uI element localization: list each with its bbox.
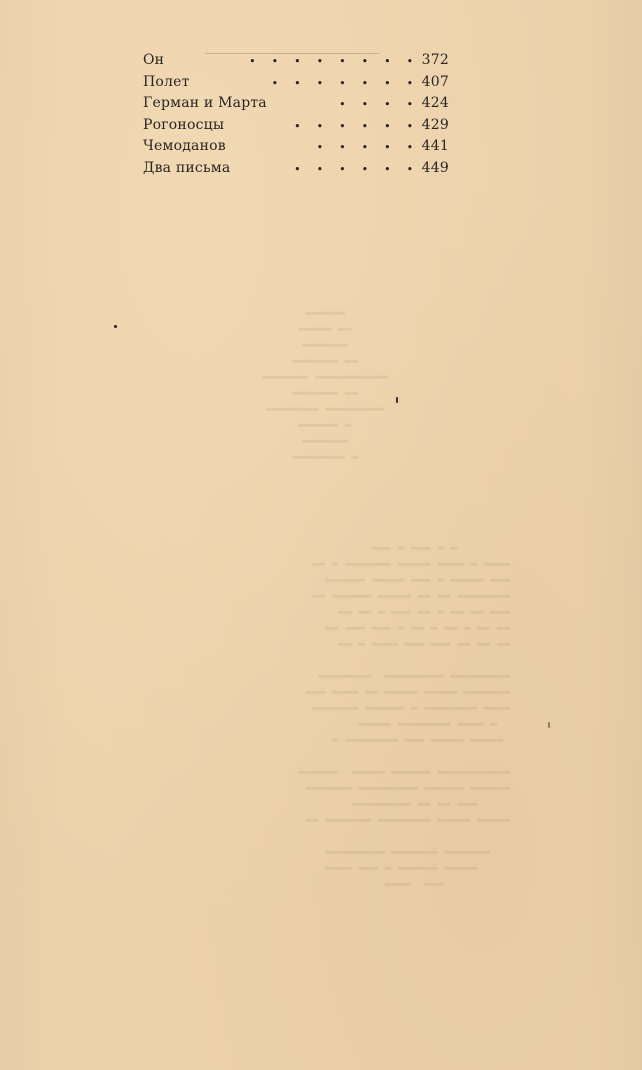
leader-dot: • bbox=[301, 165, 324, 175]
leader-dot: • bbox=[301, 143, 324, 153]
dot-leader: •••••• bbox=[230, 165, 419, 175]
leader-dot: • bbox=[391, 79, 414, 89]
leader-dot: • bbox=[368, 165, 391, 175]
leader-dot: • bbox=[368, 100, 391, 110]
leader-dot: • bbox=[391, 165, 414, 175]
leader-dot: • bbox=[256, 79, 279, 89]
leader-dot: • bbox=[301, 122, 324, 132]
show-through-texture: ▬▬▬▬▬▬ ▬▬ ▬▬▬▬▬ ▬▬▬▬▬▬▬ ▬▬ ▬▬▬▬▬▬▬ ▬▬▬▬▬… bbox=[195, 305, 455, 465]
toc-entry-title: Он bbox=[143, 52, 164, 68]
book-page: Он •••••••• 372 Полет ••••••• 407 Герман… bbox=[0, 0, 642, 1070]
toc-entry-page: 429 bbox=[419, 117, 449, 133]
toc-entry-page: 424 bbox=[419, 95, 449, 111]
toc-entry: Два письма •••••• 449 bbox=[143, 160, 449, 182]
leader-dot: • bbox=[278, 122, 301, 132]
leader-dot: • bbox=[278, 165, 301, 175]
toc-entry: Рогоносцы •••••• 429 bbox=[143, 117, 449, 139]
leader-dot: • bbox=[346, 57, 369, 67]
leader-dot: • bbox=[278, 57, 301, 67]
toc-entry: Чемоданов ••••• 441 bbox=[143, 138, 449, 160]
dot-leader: ••••• bbox=[226, 143, 419, 153]
leader-dot: • bbox=[368, 143, 391, 153]
dot-leader: ••••••• bbox=[190, 79, 419, 89]
toc-entry: Герман и Марта •••• 424 bbox=[143, 95, 449, 117]
leader-dot: • bbox=[323, 122, 346, 132]
leader-dot: • bbox=[391, 143, 414, 153]
toc-entry: Он •••••••• 372 bbox=[143, 52, 449, 74]
leader-dot: • bbox=[346, 100, 369, 110]
leader-dot: • bbox=[368, 79, 391, 89]
dot-leader: •••••• bbox=[224, 122, 419, 132]
toc-entry-page: 441 bbox=[419, 138, 449, 154]
leader-dot: • bbox=[391, 122, 414, 132]
toc-entry-page: 449 bbox=[419, 160, 449, 176]
toc-entry-title: Герман и Марта bbox=[143, 95, 267, 111]
toc-entry: Полет ••••••• 407 bbox=[143, 74, 449, 96]
leader-dot: • bbox=[323, 100, 346, 110]
leader-dot: • bbox=[368, 122, 391, 132]
toc-entry-page: 407 bbox=[419, 74, 449, 90]
dot-leader: •••• bbox=[267, 100, 419, 110]
leader-dot: • bbox=[233, 57, 256, 67]
paper-speck bbox=[548, 722, 550, 728]
leader-dot: • bbox=[346, 79, 369, 89]
paper-speck bbox=[396, 397, 398, 403]
leader-dot: • bbox=[391, 57, 414, 67]
toc-entry-title: Чемоданов bbox=[143, 138, 226, 154]
leader-dot: • bbox=[256, 57, 279, 67]
dot-leader: •••••••• bbox=[164, 57, 419, 67]
leader-dot: • bbox=[301, 57, 324, 67]
leader-dot: • bbox=[323, 79, 346, 89]
toc-entry-title: Два письма bbox=[143, 160, 230, 176]
leader-dot: • bbox=[391, 100, 414, 110]
table-of-contents: Он •••••••• 372 Полет ••••••• 407 Герман… bbox=[143, 52, 449, 182]
leader-dot: • bbox=[346, 122, 369, 132]
leader-dot: • bbox=[323, 143, 346, 153]
leader-dot: • bbox=[301, 79, 324, 89]
toc-entry-title: Рогоносцы bbox=[143, 117, 224, 133]
leader-dot: • bbox=[346, 143, 369, 153]
show-through-texture: ▬ ▬ ▬▬▬ ▬ ▬▬▬ ▬▬▬▬ ▬ ▬▬▬▬ ▬▬▬▬▬ ▬▬▬▬▬▬▬ … bbox=[140, 540, 510, 892]
leader-dot: • bbox=[323, 57, 346, 67]
toc-entry-page: 372 bbox=[419, 52, 449, 68]
leader-dot: • bbox=[323, 165, 346, 175]
paper-speck bbox=[114, 325, 117, 328]
toc-entry-title: Полет bbox=[143, 74, 190, 90]
leader-dot: • bbox=[368, 57, 391, 67]
leader-dot: • bbox=[346, 165, 369, 175]
leader-dot: • bbox=[278, 79, 301, 89]
